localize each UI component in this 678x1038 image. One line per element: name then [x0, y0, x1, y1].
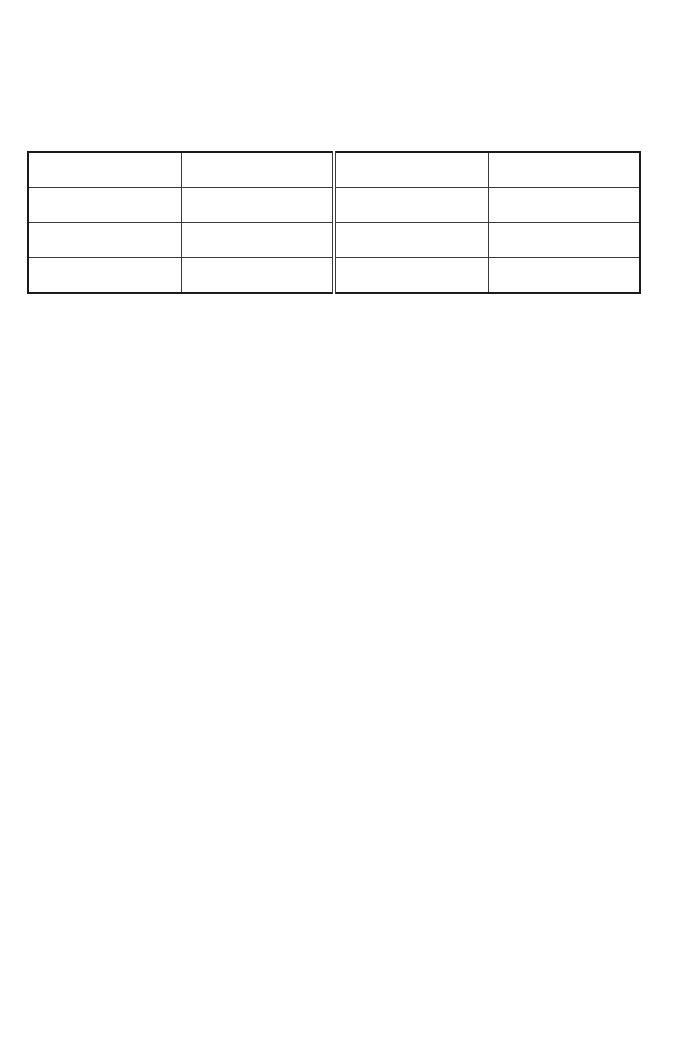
- cell-voltage: [28, 258, 182, 294]
- cell-distance: [182, 188, 335, 223]
- cell-voltage: [28, 188, 182, 223]
- clause-11-1-11-line-1: [27, 695, 45, 722]
- clause-11-1-10-line-1: [27, 587, 45, 614]
- table-row: [28, 223, 640, 258]
- table-row: [28, 188, 640, 223]
- header-min-distance: [489, 152, 641, 188]
- cell-voltage: [334, 188, 489, 223]
- header-voltage-level: [28, 152, 182, 188]
- table-header-row: [28, 152, 640, 188]
- cell-voltage: [28, 223, 182, 258]
- cell-distance: [489, 258, 641, 294]
- clause-11-1-7-line-1: [27, 43, 45, 70]
- table-caption: [62, 119, 76, 139]
- table-row: [28, 258, 640, 294]
- clause-11-1-8-line-1: [27, 330, 45, 357]
- cell-voltage: [334, 223, 489, 258]
- cell-distance: [489, 223, 641, 258]
- cell-distance: [489, 188, 641, 223]
- spacing-table: [27, 151, 641, 294]
- cell-voltage: [334, 258, 489, 294]
- clause-11-1-9-line-1: [27, 512, 45, 539]
- header-voltage-level: [334, 152, 489, 188]
- cell-distance: [182, 258, 335, 294]
- cell-distance: [182, 223, 335, 258]
- header-min-distance: [182, 152, 335, 188]
